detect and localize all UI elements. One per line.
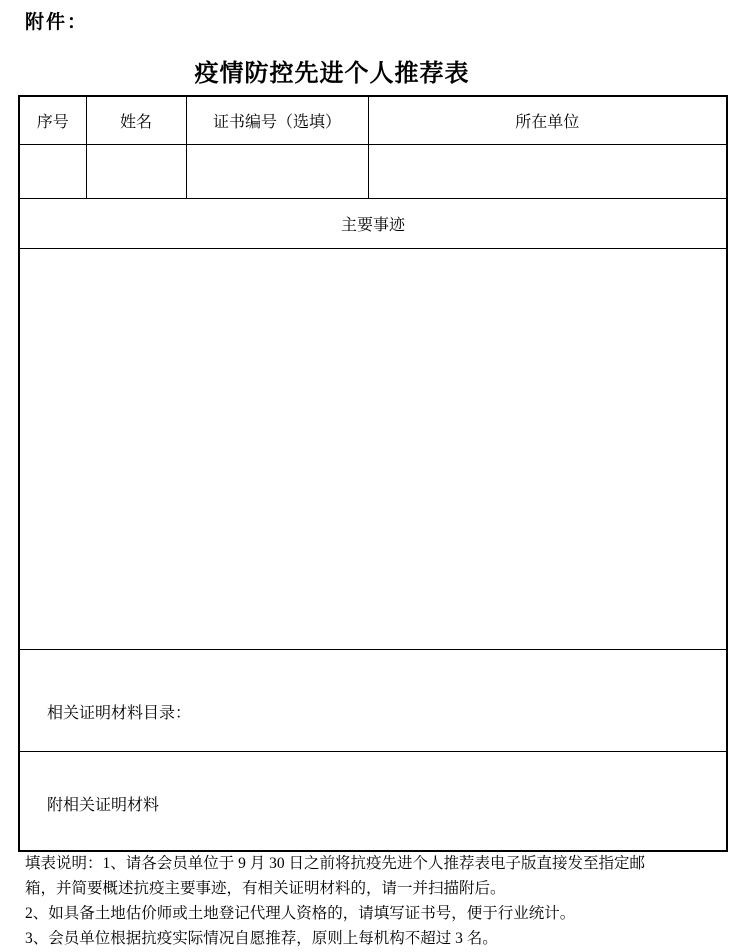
main-deeds-entry-cell[interactable] — [19, 248, 727, 649]
column-header-serial: 序号 — [19, 96, 86, 144]
materials-list-row: 相关证明材料目录： — [19, 649, 727, 751]
main-deeds-header-row: 主要事迹 — [19, 198, 727, 248]
recommendation-table: 序号 姓名 证书编号（选填） 所在单位 主要事迹 相关证明材料目录： 附相关证明… — [18, 95, 728, 852]
instruction-line-1: 填表说明：1、请各会员单位于 9 月 30 日之前将抗疫先进个人推荐表电子版直接… — [25, 851, 725, 876]
column-header-work-unit: 所在单位 — [368, 96, 727, 144]
instruction-line-4: 3、会员单位根据抗疫实际情况自愿推荐，原则上每机构不超过 3 名。 — [25, 926, 725, 951]
materials-list-cell[interactable]: 相关证明材料目录： — [19, 649, 727, 751]
column-header-certificate-no: 证书编号（选填） — [186, 96, 368, 144]
form-filling-instructions: 填表说明：1、请各会员单位于 9 月 30 日之前将抗疫先进个人推荐表电子版直接… — [25, 851, 725, 951]
attached-materials-cell[interactable]: 附相关证明材料 — [19, 751, 727, 851]
serial-entry-cell[interactable] — [19, 144, 86, 198]
attachment-label: 附件： — [25, 7, 88, 34]
name-entry-cell[interactable] — [86, 144, 186, 198]
page-title: 疫情防控先进个人推荐表 — [0, 53, 664, 88]
attached-materials-row: 附相关证明材料 — [19, 751, 727, 851]
instruction-line-3: 2、如具备土地估价师或土地登记代理人资格的，请填写证书号，便于行业统计。 — [25, 901, 725, 926]
instruction-line-2: 箱，并简要概述抗疫主要事迹，有相关证明材料的，请一并扫描附后。 — [25, 876, 725, 901]
certificate-no-entry-cell[interactable] — [186, 144, 368, 198]
header-row: 序号 姓名 证书编号（选填） 所在单位 — [19, 96, 727, 144]
column-header-name: 姓名 — [86, 96, 186, 144]
entry-row — [19, 144, 727, 198]
work-unit-entry-cell[interactable] — [368, 144, 727, 198]
main-deeds-header: 主要事迹 — [19, 198, 727, 248]
main-deeds-body-row — [19, 248, 727, 649]
